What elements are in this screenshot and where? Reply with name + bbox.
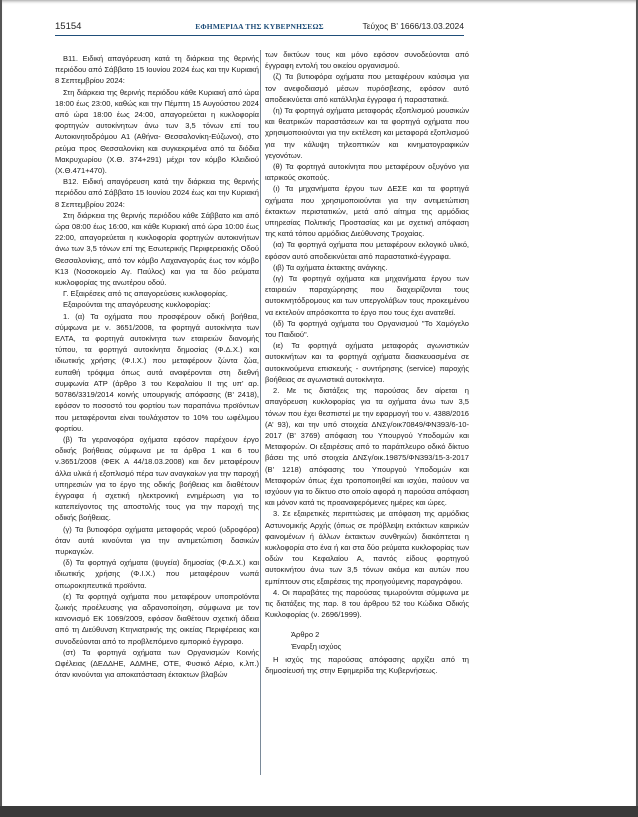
paragraph: Στη διάρκεια της θερινής περιόδου κάθε Σ… (55, 210, 259, 288)
paragraph: (θ) Τα φορτηγά αυτοκίνητα που μεταφέρουν… (265, 161, 469, 183)
left-column: B11. Ειδική απαγόρευση κατά τη διάρκεια … (55, 53, 259, 680)
paragraph: Εξαιρούνται της απαγόρευσης κυκλοφορίας: (55, 299, 259, 310)
document-page: 15154 ΕΦΗΜΕΡΙΔΑ ΤΗΣ ΚΥΒΕΡΝΗΣΕΩΣ Τεύχος B… (0, 0, 638, 806)
paragraph: Στη διάρκεια της θερινής περιόδου κάθε Κ… (55, 87, 259, 177)
article-title: Έναρξη ισχύος (265, 641, 469, 652)
paragraph: 3. Σε εξαιρετικές περιπτώσεις με απόφαση… (265, 508, 469, 586)
paragraph: (β) Τα γερανοφόρα οχήματα εφόσον παρέχου… (55, 434, 259, 524)
right-column: των δικτύων τους και μόνο εφόσον συνοδεύ… (265, 49, 469, 676)
paragraph: (ιε) Τα φορτηγά οχήματα μεταφοράς αγωνισ… (265, 340, 469, 385)
article-number: Άρθρο 2 (265, 629, 469, 640)
paragraph: 2. Με τις διατάξεις της παρούσας δεν αίρ… (265, 385, 469, 508)
paragraph: (ε) Τα φορτηγά οχήματα που μεταφέρουν υπ… (55, 591, 259, 647)
column-divider (260, 50, 261, 775)
paragraph: 4. Οι παραβάτες της παρούσας τιμωρούνται… (265, 587, 469, 621)
paragraph: (ιδ) Τα φορτηγά οχήματα του Οργανισμού "… (265, 318, 469, 340)
paragraph: 1. (α) Τα οχήματα που προσφέρουν οδική β… (55, 311, 259, 434)
paragraph: (ι) Τα μηχανήματα έργου των ΔΕΣΕ και τα … (265, 183, 469, 239)
section-heading: Γ. Εξαιρέσεις από τις απαγορεύσεις κυκλο… (55, 288, 259, 299)
paragraph: B11. Ειδική απαγόρευση κατά τη διάρκεια … (55, 53, 259, 87)
paragraph: (γ) Τα βυτιοφόρα οχήματα μεταφοράς νερού… (55, 524, 259, 558)
paragraph: (ιγ) Τα φορτηγά οχήματα και μηχανήματα έ… (265, 273, 469, 318)
paragraph: (ιβ) Τα οχήματα έκτακτης ανάγκης. (265, 262, 469, 273)
issue-info: Τεύχος B’ 1666/13.03.2024 (362, 21, 464, 31)
paragraph: (δ) Τα φορτηγά οχήματα (ψυγεία) δημοσίας… (55, 557, 259, 591)
paragraph-continuation: των δικτύων τους και μόνο εφόσον συνοδεύ… (265, 49, 469, 71)
paragraph: B12. Ειδική απαγόρευση κατά την διάρκεια… (55, 176, 259, 210)
paragraph: (ια) Τα φορτηγά οχήματα που μεταφέρουν ε… (265, 239, 469, 261)
article-text: Η ισχύς της παρούσας απόφασης αρχίζει απ… (265, 654, 469, 676)
paragraph: (στ) Τα φορτηγά οχήματα των Οργανισμών Κ… (55, 647, 259, 681)
paragraph: (ζ) Τα βυτιοφόρα οχήματα που μεταφέρουν … (265, 71, 469, 105)
page-header: 15154 ΕΦΗΜΕΡΙΔΑ ΤΗΣ ΚΥΒΕΡΝΗΣΕΩΣ Τεύχος B… (55, 19, 464, 36)
paragraph: (η) Τα φορτηγά οχήματα μεταφοράς εξοπλισ… (265, 105, 469, 161)
